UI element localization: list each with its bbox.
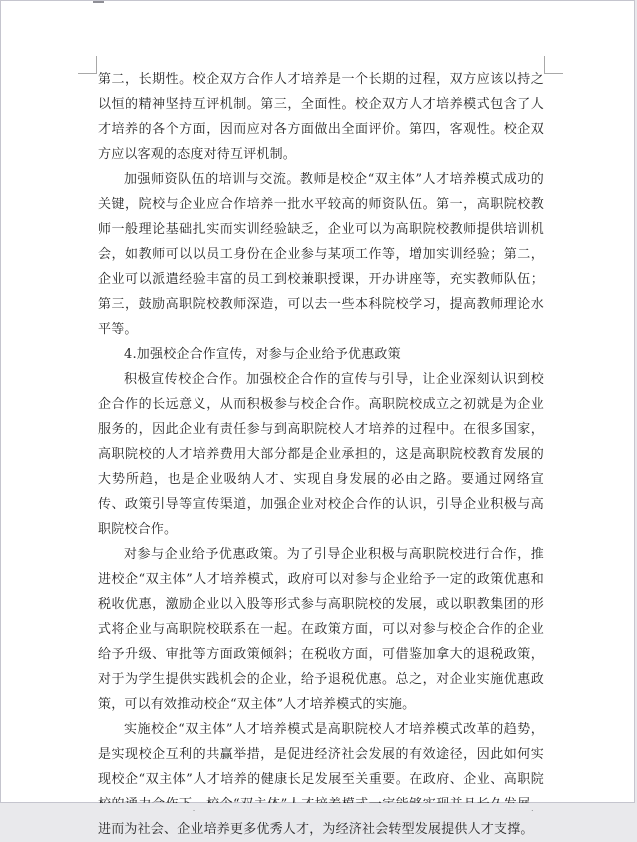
page-bottom-gap [0, 803, 637, 810]
document-page: 第二，长期性。校企双方合作人才培养是一个长期的过程，双方应该以持之以恒的精神坚持… [0, 0, 635, 803]
paragraph-evaluation-principles[interactable]: 第二，长期性。校企双方合作人才培养是一个长期的过程，双方应该以持之以恒的精神坚持… [98, 67, 544, 167]
document-text-area[interactable]: 第二，长期性。校企双方合作人才培养是一个长期的过程，双方应该以持之以恒的精神坚持… [98, 67, 544, 810]
paragraph-conclusion[interactable]: 实施校企“双主体”人才培养模式是高职院校人才培养模式改革的趋势，是实现校企互利的… [98, 717, 544, 810]
margin-crop-mark-top-left-horizontal [78, 73, 97, 74]
paragraph-promote-cooperation[interactable]: 积极宣传校企合作。加强校企合作的宣传与引导，让企业深刻认识到校企合作的长远意义，… [98, 367, 544, 542]
paragraph-preferential-policies[interactable]: 对参与企业给予优惠政策。为了引导企业积极与高职院校进行合作，推进校企“双主体”人… [98, 542, 544, 717]
margin-crop-mark-top-right-horizontal [544, 73, 563, 74]
margin-crop-mark-top-right-vertical [544, 56, 545, 73]
heading-section-4[interactable]: 4.加强校企合作宣传，对参与企业给予优惠政策 [98, 342, 544, 367]
margin-crop-mark-top-left-vertical [96, 56, 97, 73]
ruler-marker [93, 1, 104, 3]
paragraph-teacher-training[interactable]: 加强师资队伍的培训与交流。教师是校企“双主体”人才培养模式成功的关键，院校与企业… [98, 167, 544, 342]
